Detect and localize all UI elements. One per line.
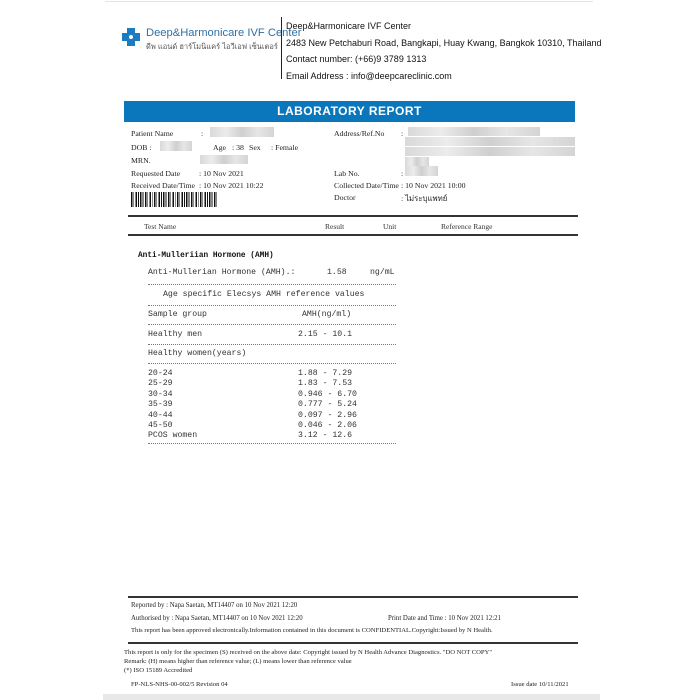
test-name: Anti-Mullerian Hormone (AMH).: bbox=[148, 268, 295, 277]
column-unit: Unit bbox=[383, 222, 396, 231]
patient-name-sep: : bbox=[201, 129, 203, 138]
authorised-by: Authorised by : Napa Saetan, MT14407 on … bbox=[131, 615, 303, 622]
dotted-rule bbox=[148, 344, 396, 345]
lab-no-sep: : bbox=[401, 169, 403, 178]
address-ref-sep: : bbox=[401, 129, 403, 138]
age-value: : 38 bbox=[232, 143, 244, 152]
collected-datetime-label: Collected Date/Time bbox=[334, 181, 399, 190]
clover-cross-logo-icon bbox=[120, 26, 142, 48]
contact-block: Deep&Harmonicare IVF Center 2483 New Pet… bbox=[286, 18, 602, 84]
women-row-group: 25-29 bbox=[148, 379, 173, 388]
healthy-men-range: 2.15 - 10.1 bbox=[298, 330, 352, 339]
dotted-rule bbox=[148, 284, 396, 285]
confidential-notice: This report has been approved electronic… bbox=[131, 627, 493, 634]
contact-clinic-name: Deep&Harmonicare IVF Center bbox=[286, 18, 602, 35]
received-datetime-label: Received Date/Time bbox=[131, 181, 195, 190]
women-row-group: PCOS women bbox=[148, 431, 197, 440]
column-result: Result bbox=[325, 222, 344, 231]
dotted-rule bbox=[148, 363, 396, 364]
collected-datetime-value: : 10 Nov 2021 10:00 bbox=[401, 181, 466, 190]
remark-line: Remark: (H) means higher than reference … bbox=[124, 658, 352, 665]
healthy-women-label: Healthy women(years) bbox=[148, 349, 246, 358]
sex-label: Sex bbox=[249, 143, 261, 152]
women-row-group: 30-34 bbox=[148, 390, 173, 399]
signoff-top-rule bbox=[128, 596, 578, 598]
dotted-rule bbox=[148, 443, 396, 444]
issue-date: Issue date 10/11/2021 bbox=[511, 681, 569, 688]
women-row-group: 35-39 bbox=[148, 400, 173, 409]
women-row-range: 3.12 - 12.6 bbox=[298, 431, 352, 440]
form-code: FP-NLS-NHS-00-002/5 Revision 04 bbox=[131, 681, 228, 688]
women-row-range: 1.83 - 7.53 bbox=[298, 379, 352, 388]
test-section-title-text: Anti-Mulleriian Hormone (AMH) bbox=[138, 252, 274, 260]
contact-phone: Contact number: (+66)9 3789 1313 bbox=[286, 51, 602, 68]
women-row-range: 0.946 - 6.70 bbox=[298, 390, 357, 399]
women-row-range: 0.097 - 2.96 bbox=[298, 411, 357, 420]
women-row-group: 40-44 bbox=[148, 411, 173, 420]
table-header-rule bbox=[128, 234, 578, 236]
requested-date-value: : 10 Nov 2021 bbox=[199, 169, 244, 178]
age-label: Age bbox=[213, 143, 226, 152]
column-reference-range: Reference Range bbox=[441, 222, 492, 231]
report-title-banner: LABORATORY REPORT bbox=[124, 101, 575, 122]
mrn-redacted bbox=[200, 155, 248, 164]
page-bottom-shadow bbox=[103, 694, 600, 700]
women-row-range: 1.88 - 7.29 bbox=[298, 369, 352, 378]
healthy-men-group: Healthy men bbox=[148, 330, 202, 339]
ref-table-header-group: Sample group bbox=[148, 310, 207, 319]
brand-name: Deep&Harmonicare IVF Center bbox=[146, 27, 301, 39]
women-row-group: 45-50 bbox=[148, 421, 173, 430]
contact-email: Email Address : info@deepcareclinic.com bbox=[286, 68, 602, 85]
print-datetime: Print Date and Time : 10 Nov 2021 12:21 bbox=[388, 615, 501, 622]
patient-name-label: Patient Name bbox=[131, 129, 173, 138]
contact-address: 2483 New Petchaburi Road, Bangkapi, Huay… bbox=[286, 35, 602, 52]
address-redacted-4 bbox=[405, 157, 429, 166]
table-top-rule bbox=[128, 215, 578, 217]
dotted-rule bbox=[148, 324, 396, 325]
test-section-title: Anti-Mulleriian Hormone (AMH) bbox=[138, 252, 274, 260]
specimen-disclaimer: This report is only for the specimen (S)… bbox=[124, 649, 492, 656]
dotted-rule bbox=[148, 305, 396, 306]
women-row-range: 0.777 - 5.24 bbox=[298, 400, 357, 409]
requested-date-label: Requested Date bbox=[131, 169, 180, 178]
reported-by: Reported by : Napa Saetan, MT14407 on 10… bbox=[131, 602, 297, 609]
sex-value: : Female bbox=[271, 143, 298, 152]
signoff-bottom-rule bbox=[128, 642, 578, 644]
mrn-label: MRN. bbox=[131, 156, 151, 165]
column-test-name: Test Name bbox=[144, 222, 176, 231]
specimen-barcode bbox=[131, 192, 217, 207]
lab-no-redacted bbox=[405, 166, 438, 176]
dob-redacted bbox=[160, 141, 192, 151]
women-row-group: 20-24 bbox=[148, 369, 173, 378]
dob-label: DOB : bbox=[131, 143, 152, 152]
iso-accreditation: (*) ISO 15189 Accredited bbox=[124, 667, 192, 674]
test-result: 1.58 bbox=[327, 268, 347, 277]
address-redacted-1 bbox=[408, 127, 540, 136]
test-unit: ng/mL bbox=[370, 268, 395, 277]
received-datetime-value: : 10 Nov 2021 10:22 bbox=[199, 181, 264, 190]
address-redacted-2 bbox=[405, 137, 575, 146]
brand-name-thai: ดีพ แอนด์ ฮาร์โมนิแคร์ ไอวีเอฟ เซ็นเตอร์ bbox=[146, 41, 278, 53]
ref-table-header-value: AMH(ng/ml) bbox=[302, 310, 351, 319]
address-ref-label: Address/Ref.No bbox=[334, 129, 384, 138]
patient-name-redacted bbox=[210, 127, 274, 137]
women-row-range: 0.046 - 2.06 bbox=[298, 421, 357, 430]
doctor-value: : ไม่ระบุแพทย์ bbox=[401, 193, 447, 205]
doctor-label: Doctor bbox=[334, 193, 356, 202]
header-divider bbox=[281, 17, 282, 79]
address-redacted-3 bbox=[405, 147, 575, 156]
reference-heading: Age specific Elecsys AMH reference value… bbox=[163, 290, 364, 299]
lab-no-label: Lab No. bbox=[334, 169, 360, 178]
